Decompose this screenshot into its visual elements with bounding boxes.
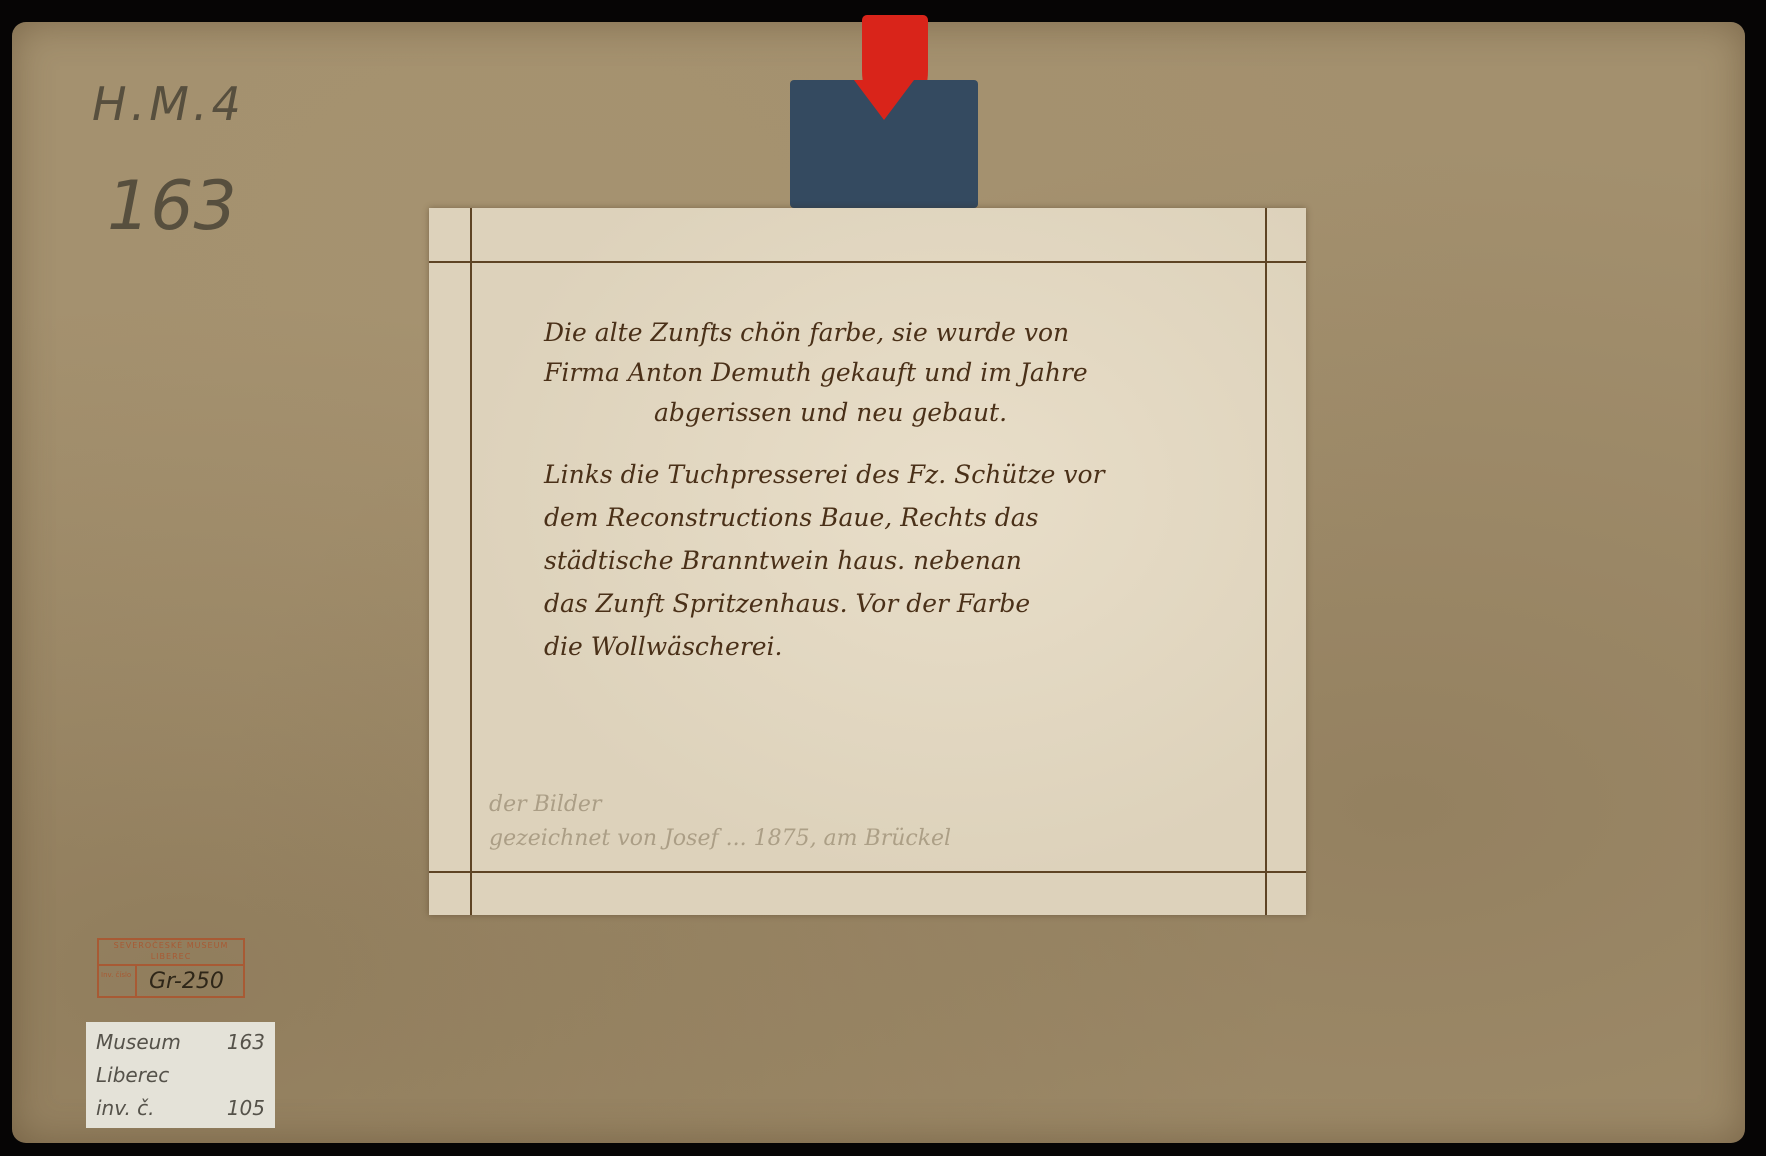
- ruled-line: [1265, 208, 1267, 915]
- ribbon-tip: [854, 80, 914, 120]
- label-value: 105: [227, 1092, 265, 1125]
- faint-line: gezeichnet von Josef ... 1875, am Brücke…: [489, 822, 951, 856]
- stamp-field-label: Inv. číslo: [99, 966, 137, 998]
- caption-line: Links die Tuchpresserei des Fz. Schütze …: [544, 453, 1105, 496]
- ruled-line: [429, 871, 1306, 873]
- ruled-line: [429, 261, 1306, 263]
- caption-line: die Wollwäscherei.: [544, 625, 1105, 668]
- caption-line: städtische Branntwein haus. nebenan: [544, 539, 1105, 582]
- caption-line: Die alte Zunfts chön farbe, sie wurde vo…: [544, 313, 1088, 353]
- label-text: Museum: [96, 1026, 181, 1059]
- faint-line: der Bilder: [489, 788, 951, 822]
- label-text: inv. č.: [96, 1092, 155, 1125]
- label-row: Liberec: [96, 1059, 265, 1092]
- caption-line: abgerissen und neu gebaut.: [544, 393, 1088, 433]
- caption-paragraph-2: Links die Tuchpresserei des Fz. Schütze …: [544, 453, 1105, 668]
- caption-card: Die alte Zunfts chön farbe, sie wurde vo…: [429, 208, 1306, 915]
- label-value: 163: [227, 1026, 265, 1059]
- ruled-line: [470, 208, 472, 915]
- label-text: Liberec: [96, 1059, 169, 1092]
- caption-line: dem Reconstructions Baue, Rechts das: [544, 496, 1105, 539]
- blue-hanger-tab: [790, 80, 978, 208]
- pencil-inventory-mark: H.M.4: [92, 77, 245, 131]
- faint-pencil-note: der Bilder gezeichnet von Josef ... 1875…: [489, 788, 951, 856]
- stamp-header: SEVEROČESKÉ MUSEUM LIBEREC: [99, 940, 243, 966]
- caption-line: das Zunft Spritzenhaus. Vor der Farbe: [544, 582, 1105, 625]
- pencil-inventory-number: 163: [107, 167, 237, 246]
- label-row: Museum 163: [96, 1026, 265, 1059]
- stamp-value: Gr-250: [137, 966, 243, 998]
- museum-label: Museum 163 Liberec inv. č. 105: [86, 1022, 275, 1128]
- museum-stamp: SEVEROČESKÉ MUSEUM LIBEREC Inv. číslo Gr…: [97, 938, 245, 998]
- label-row: inv. č. 105: [96, 1092, 265, 1125]
- caption-line: Firma Anton Demuth gekauft und im Jahre: [544, 353, 1088, 393]
- caption-paragraph-1: Die alte Zunfts chön farbe, sie wurde vo…: [544, 313, 1088, 433]
